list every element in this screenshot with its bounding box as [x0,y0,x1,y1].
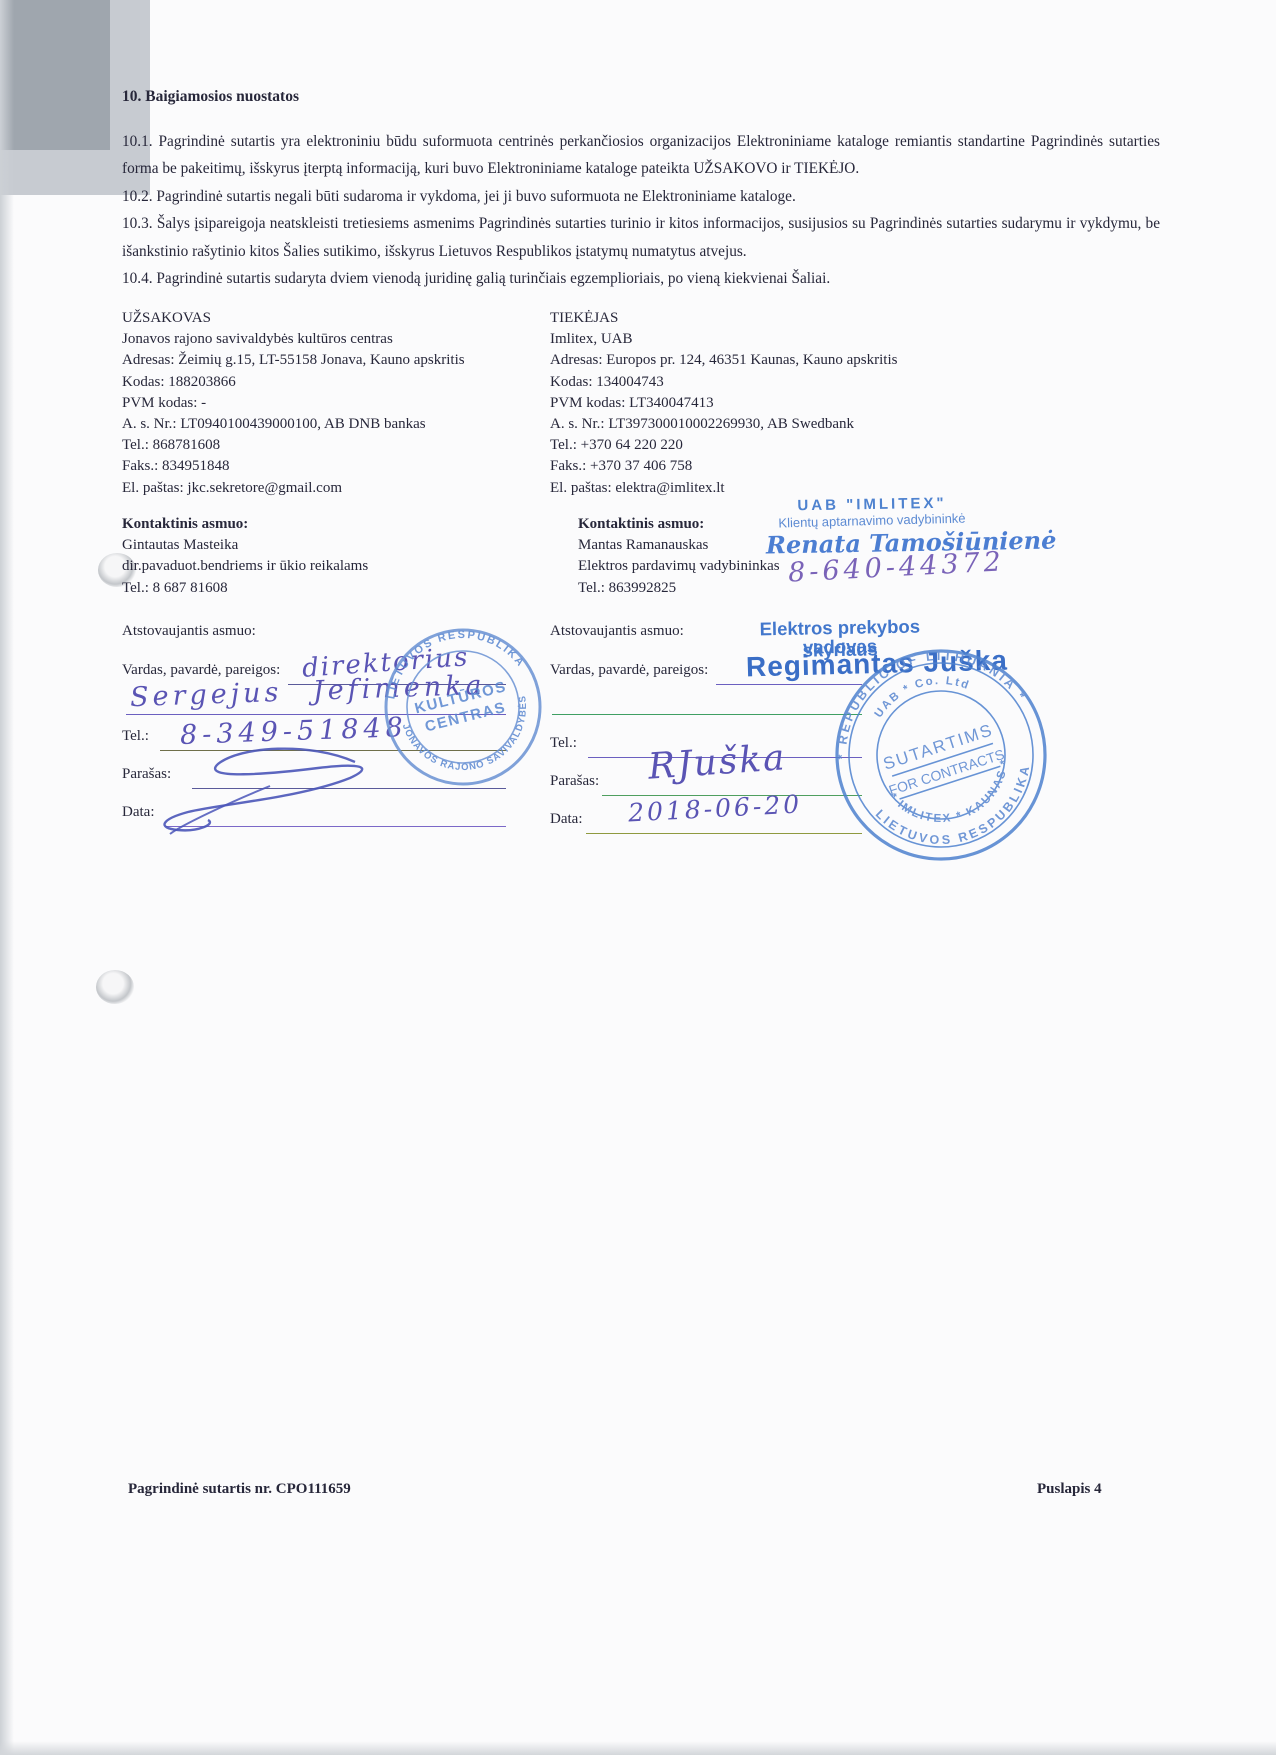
buyer-email: El. paštas: jkc.sekretore@gmail.com [122,478,465,499]
hole-punch-shadow [96,970,134,1004]
buyer-details: UŽSAKOVAS Jonavos rajono savivaldybės ku… [122,308,465,499]
supplier-rep-label: Atstovaujantis asmuo: [550,623,684,640]
buyer-vat: PVM kodas: - [122,393,465,414]
buyer-rep-label: Atstovaujantis asmuo: [122,623,256,640]
supplier-account: A. s. Nr.: LT397300010002269930, AB Swed… [550,414,897,435]
buyer-account: A. s. Nr.: LT0940100439000100, AB DNB ba… [122,414,465,435]
scanned-contract-page: { "doc": { "heading": "10. Baigiamosios … [0,0,1276,1755]
buyer-namefield-label: Vardas, pavardė, pareigos: [122,662,280,679]
supplier-datefield-line [586,833,862,834]
clause-10-1: 10.1. Pagrindinė sutartis yra elektronin… [122,128,1160,183]
supplier-fax: Faks.: +370 37 406 758 [550,456,897,477]
clauses-block: 10.1. Pagrindinė sutartis yra elektronin… [122,128,1160,292]
clause-10-4: 10.4. Pagrindinė sutartis sudaryta dviem… [122,265,1160,292]
buyer-contact-tel: Tel.: 8 687 81608 [122,578,368,599]
buyer-telfield-label: Tel.: [122,728,149,745]
supplier-name: Imlitex, UAB [550,329,897,350]
supplier-contact: Kontaktinis asmuo: Mantas Ramanauskas El… [578,514,780,599]
footer-page-number: Puslapis 4 [1037,1481,1102,1498]
buyer-contact: Kontaktinis asmuo: Gintautas Masteika di… [122,514,368,599]
supplier-signaturefield-label: Parašas: [550,773,599,790]
supplier-address: Adresas: Europos pr. 124, 46351 Kaunas, … [550,350,897,371]
scan-bottom-edge [0,1741,1276,1755]
buyer-address: Adresas: Žeimių g.15, LT-55158 Jonava, K… [122,350,465,371]
supplier-code: Kodas: 134004743 [550,372,897,393]
buyer-contact-name: Gintautas Masteika [122,535,368,556]
supplier-contact-heading: Kontaktinis asmuo: [578,514,780,535]
buyer-contact-role: dir.pavaduot.bendriems ir ūkio reikalams [122,556,368,577]
supplier-datefield-label: Data: [550,811,582,828]
supplier-contact-role: Elektros pardavimų vadybininkas [578,556,780,577]
supplier-namefield-label: Vardas, pavardė, pareigos: [550,662,708,679]
supplier-title: TIEKĖJAS [550,308,897,329]
supplier-contact-name: Mantas Ramanauskas [578,535,780,556]
footer-contract-number: Pagrindinė sutartis nr. CPO111659 [128,1481,351,1498]
section-heading: 10. Baigiamosios nuostatos [122,88,299,106]
buyer-code: Kodas: 188203866 [122,372,465,393]
buyer-title: UŽSAKOVAS [122,308,465,329]
supplier-contact-tel: Tel.: 863992825 [578,578,780,599]
supplier-signature-handwritten: RJuška [647,737,788,788]
clause-10-3: 10.3. Šalys įsipareigoja neatskleisti tr… [122,210,1160,265]
scan-left-edge [0,0,14,1755]
clause-10-2: 10.2. Pagrindinė sutartis negali būti su… [122,183,1160,210]
supplier-vat: PVM kodas: LT340047413 [550,393,897,414]
buyer-signature-stroke [150,740,410,850]
buyer-tel: Tel.: 868781608 [122,435,465,456]
buyer-name: Jonavos rajono savivaldybės kultūros cen… [122,329,465,350]
scan-corner-fold [0,0,110,150]
buyer-contact-heading: Kontaktinis asmuo: [122,514,368,535]
supplier-tel: Tel.: +370 64 220 220 [550,435,897,456]
supplier-details: TIEKĖJAS Imlitex, UAB Adresas: Europos p… [550,308,897,499]
buyer-fax: Faks.: 834951848 [122,456,465,477]
